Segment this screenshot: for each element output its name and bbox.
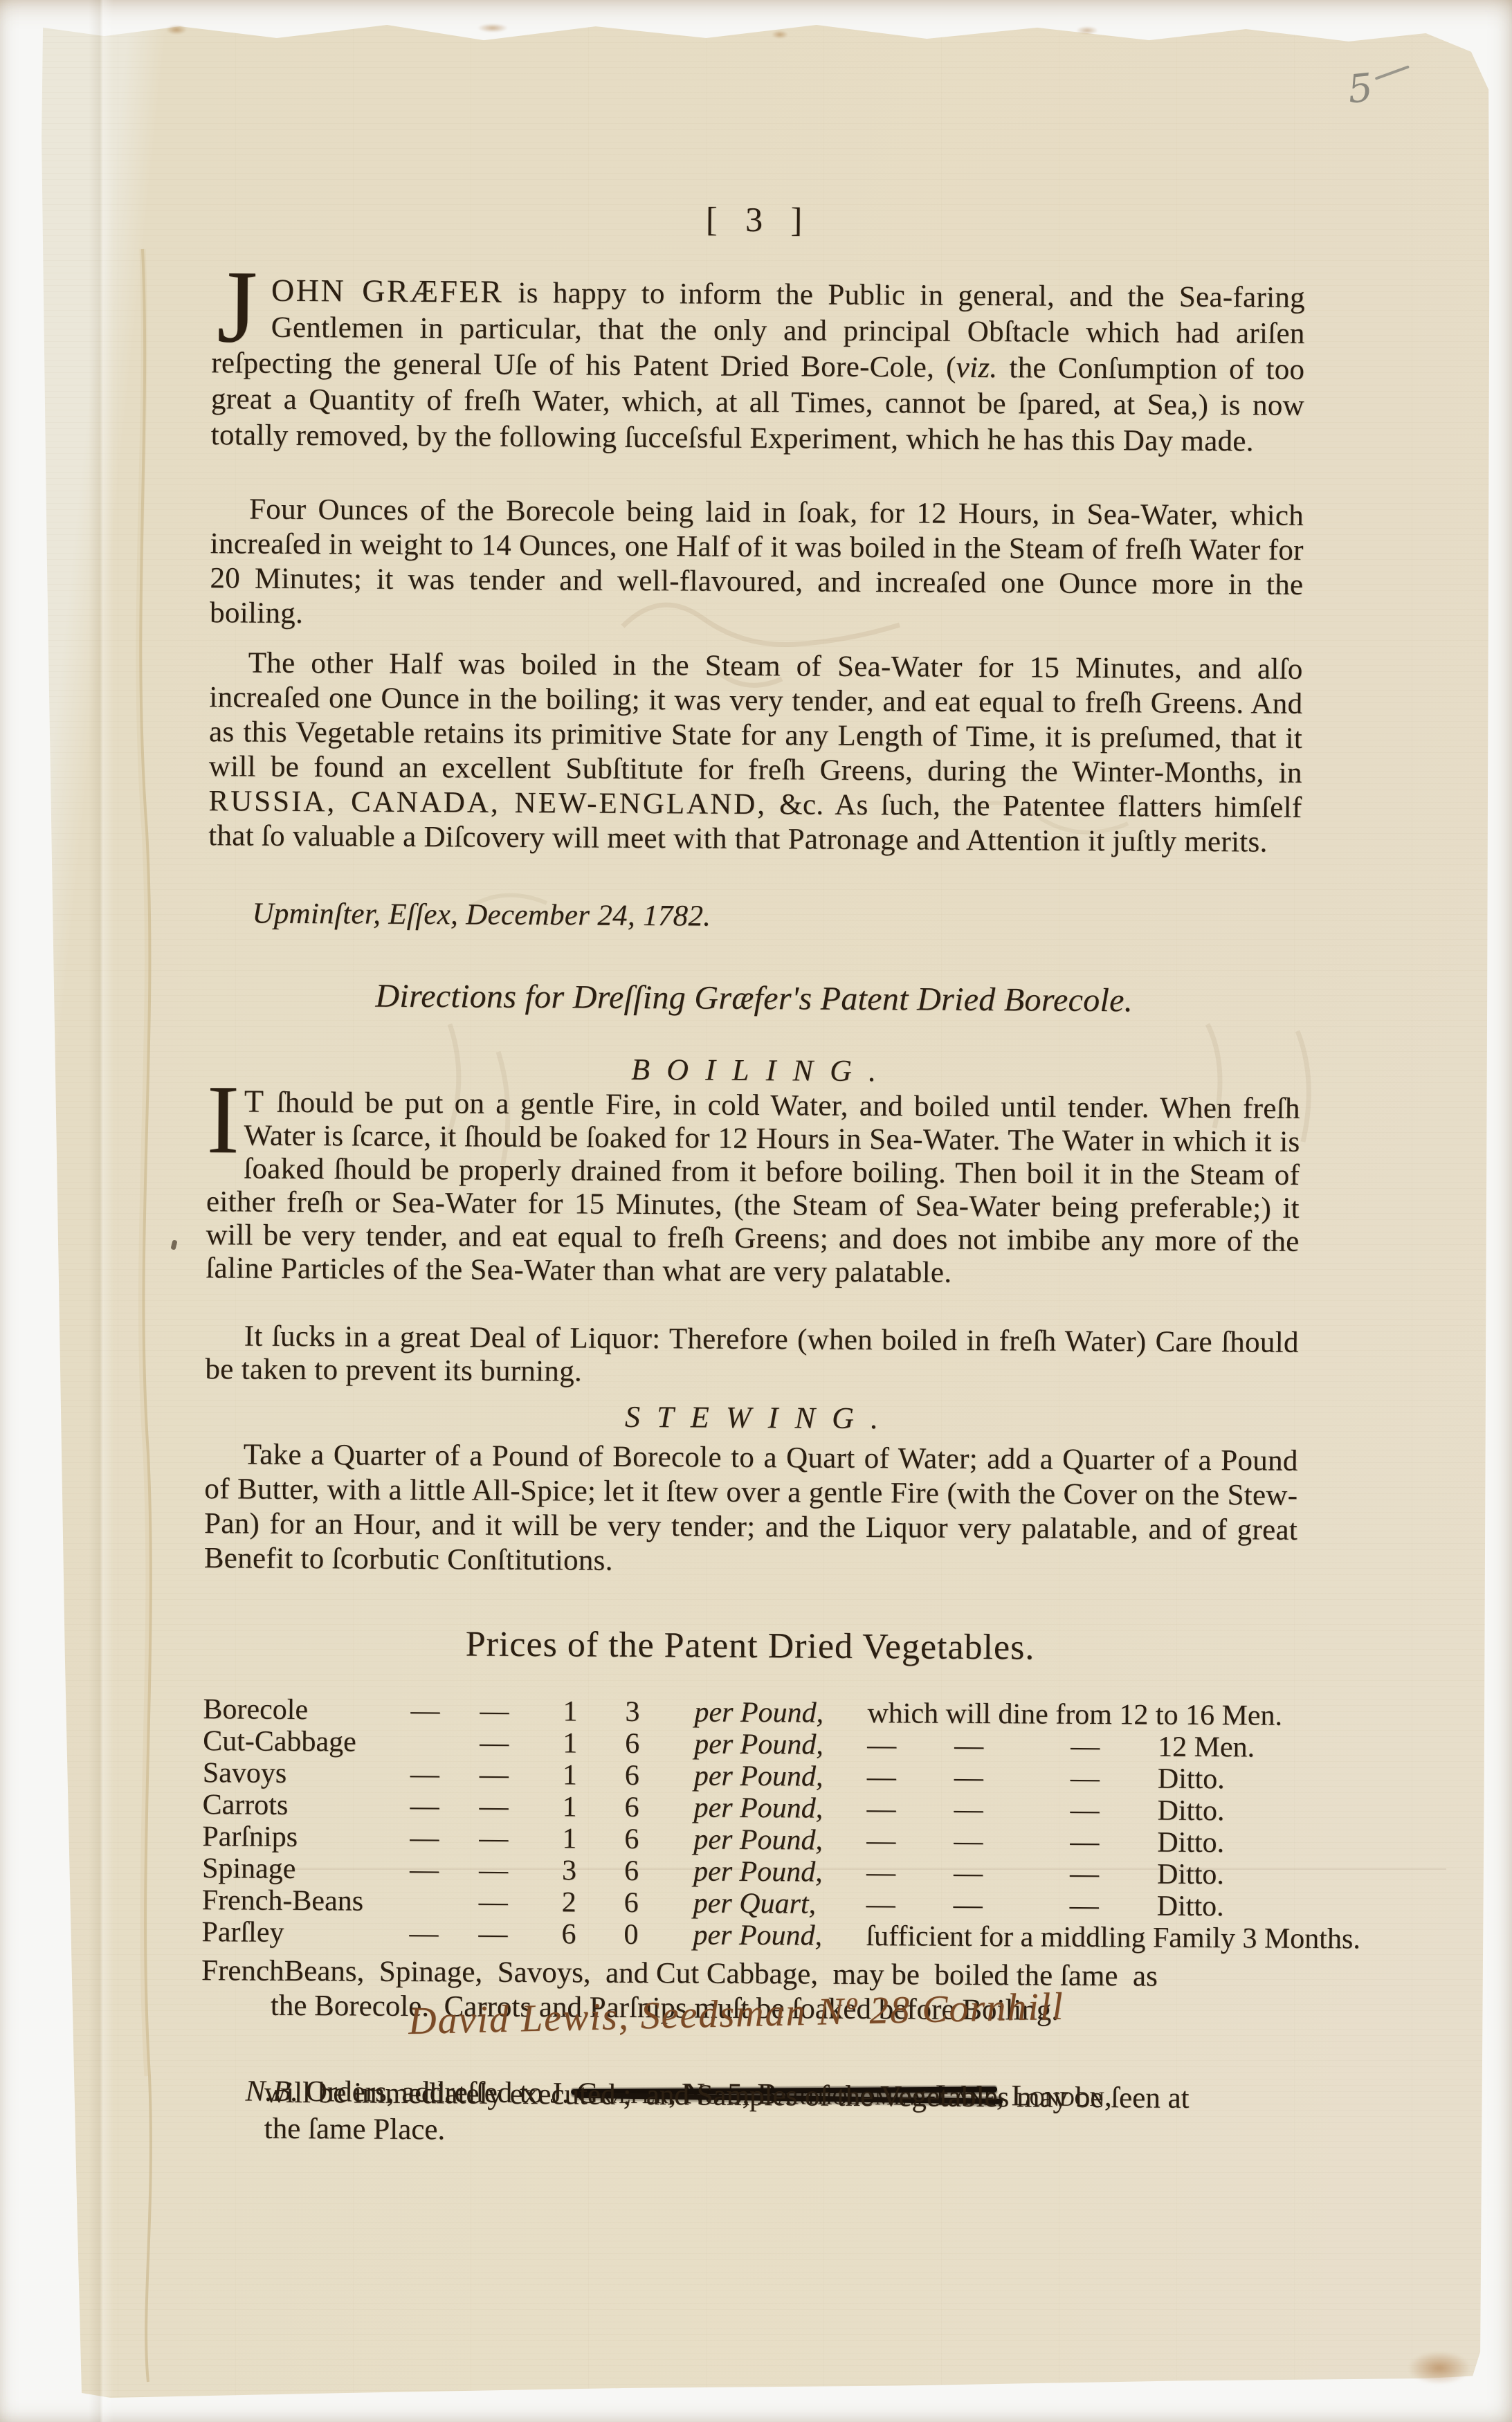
price-pence: 6 — [624, 1887, 693, 1920]
dash: — — [478, 1918, 561, 1951]
table-row-parsley: Parſley — — 6 0 per Pound, ſufficient fo… — [201, 1916, 1302, 1955]
dropcap-J: J — [212, 275, 264, 344]
vegetable-name: Cut-Cabbage — [203, 1725, 410, 1758]
dash: — — [480, 1759, 563, 1792]
dash: — — [410, 1790, 479, 1823]
prices-heading: Prices of the Patent Dried Vegetables. — [203, 1626, 1297, 1667]
paragraph-announcement: JOHN GRÆFER is happy to inform the Publi… — [211, 272, 1306, 460]
price-unit: per Pound, — [693, 1823, 866, 1857]
dash: — — [479, 1791, 562, 1823]
price-pence: 6 — [625, 1760, 694, 1792]
vegetable-name: Parſnips — [202, 1821, 410, 1854]
nota-bene-line3: the ſame Place. — [264, 2112, 446, 2148]
dash: — — [479, 1886, 562, 1919]
price-pence: 6 — [625, 1728, 694, 1760]
price-unit: per Quart, — [693, 1887, 866, 1920]
serving-note: — — — Ditto. — [867, 1761, 1303, 1796]
vegetable-name: Savoys — [203, 1757, 410, 1790]
paragraph-text: ſhould be put on a gentle Fire, in cold … — [206, 1086, 1300, 1289]
dash: — — [480, 1727, 563, 1760]
stewing-heading: STEWING. — [205, 1397, 1298, 1439]
country-names: RUSSIA, CANADA, NEW-ENGLAND, — [208, 785, 767, 821]
price-shillings: 1 — [562, 1791, 624, 1823]
dash: — — [409, 1918, 478, 1950]
page-number: [ 3 ] — [212, 199, 1305, 240]
lead-letter: T — [244, 1083, 266, 1118]
price-unit: per Pound, — [693, 1792, 866, 1825]
paragraph-experiment-fresh-water: Four Ounces of the Borecole being laid i… — [210, 492, 1304, 637]
vegetable-name: Spinage — [202, 1852, 410, 1886]
price-shillings: 3 — [562, 1855, 624, 1887]
author-name: OHN GRÆFER — [271, 273, 504, 309]
price-unit: per Pound, — [693, 1855, 866, 1888]
price-shillings: 1 — [563, 1727, 625, 1760]
serving-note: — — — Ditto. — [866, 1793, 1302, 1828]
serving-note: — — — Ditto. — [866, 1825, 1302, 1859]
dash: — — [479, 1855, 562, 1887]
price-table: Borecole — — 1 3 per Pound, which will d… — [201, 1693, 1303, 1955]
price-pence: 6 — [624, 1792, 693, 1824]
serving-note: — — — Ditto. — [866, 1888, 1302, 1923]
dash: — — [480, 1695, 563, 1728]
dropcap-I: I — [206, 1087, 236, 1156]
serving-note: — — — Ditto. — [866, 1857, 1302, 1891]
price-pence: 3 — [625, 1696, 694, 1729]
vegetable-name: Carrots — [202, 1789, 410, 1822]
dash: — — [410, 1758, 480, 1791]
vegetable-name: Parſley — [201, 1916, 409, 1949]
paragraph-text: The other Half was boiled in the Steam o… — [209, 647, 1303, 790]
serving-note: which will dine from 12 to 16 Men. — [867, 1697, 1303, 1732]
dash: — — [410, 1822, 479, 1855]
price-unit: per Pound, — [694, 1760, 867, 1793]
price-unit: per Pound, — [694, 1728, 867, 1761]
paragraph-boiling-liquor: It ſucks in a great Deal of Liquor: Ther… — [205, 1320, 1299, 1393]
directions-heading: Directions for Dreſſing Græfer's Patent … — [208, 978, 1301, 1019]
paragraph-experiment-sea-water: The other Half was boiled in the Steam o… — [208, 646, 1303, 860]
scanned-document-page: 5 [ 3 ] JOHN GRÆFER is happy to inform t… — [0, 0, 1512, 2422]
price-shillings: 2 — [562, 1886, 624, 1919]
vegetable-name: Borecole — [203, 1693, 410, 1727]
price-unit: per Pound, — [693, 1919, 866, 1952]
dash — [410, 1886, 479, 1918]
serving-note: ſufficient for a middling Family 3 Month… — [866, 1920, 1360, 1955]
vegetable-name: French-Beans — [202, 1884, 410, 1918]
price-pence: 0 — [623, 1919, 693, 1951]
paragraph-boiling: IT ſhould be put on a gentle Fire, in co… — [206, 1084, 1300, 1292]
price-pence: 6 — [624, 1823, 693, 1856]
price-unit: per Pound, — [694, 1696, 867, 1729]
price-shillings: 1 — [562, 1823, 624, 1855]
price-shillings: 6 — [561, 1918, 623, 1951]
dash: — — [410, 1854, 479, 1886]
printed-content: [ 3 ] JOHN GRÆFER is happy to inform the… — [0, 0, 1512, 2422]
dash: — — [410, 1695, 480, 1727]
dash: — — [479, 1823, 562, 1855]
price-pence: 6 — [624, 1855, 693, 1888]
nota-bene-line2: will be immediately executed ; and Sampl… — [264, 2076, 1190, 2116]
viz-italic: viz. — [956, 352, 998, 384]
serving-note: — — — 12 Men. — [867, 1729, 1303, 1764]
dash — [410, 1727, 480, 1759]
dateline: Upminſter, Eſſex, December 24, 1782. — [208, 896, 1301, 938]
price-shillings: 1 — [563, 1759, 625, 1792]
paragraph-stewing: Take a Quarter of a Pound of Borecole to… — [204, 1437, 1298, 1583]
price-shillings: 1 — [563, 1695, 625, 1728]
